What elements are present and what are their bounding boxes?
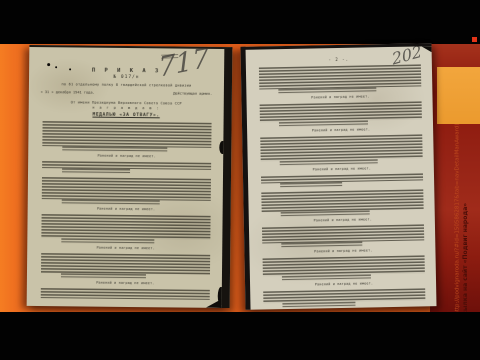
no-awards-note: Ранений и наград не имеет.: [41, 280, 211, 286]
letterbox-bottom-bar: [0, 312, 480, 360]
blurred-paragraph: Ранений и наград не имеет.: [262, 224, 424, 254]
no-awards-note: Ранений и наград не имеет.: [261, 165, 423, 172]
order-date: « 31 » декабря 1941 года.: [41, 90, 95, 95]
scanned-document-left: 717 П Р И К А З № 017/н по 61 отдельному…: [27, 45, 233, 308]
typewritten-text-tail: [282, 274, 371, 281]
letterbox-top-bar: [0, 0, 480, 44]
no-awards-note: Ранений и наград не имеет.: [260, 126, 422, 133]
citation-site-label: Ссылка на сайт «Подвиг народа»: [463, 203, 469, 319]
order-preamble-2: н а г р а ж д а ю :: [29, 105, 224, 111]
no-awards-note: Ранений и наград не имеет.: [41, 245, 211, 251]
typewritten-text-block: [259, 64, 421, 89]
typewritten-text-tail: [279, 120, 368, 127]
scan-edge-mark: [219, 141, 224, 154]
typewritten-text-block: [40, 288, 210, 300]
no-awards-note: Ранений и наград не имеет.: [263, 280, 425, 287]
typewritten-text-block: [261, 189, 423, 212]
presentation-slide-screenshot: 717 П Р И К А З № 017/н по 61 отдельному…: [0, 0, 480, 360]
typewritten-text-block: [263, 255, 425, 276]
document-body: Ранений и наград не имеет.Ранений и нагр…: [259, 64, 425, 309]
typewritten-text-block: [41, 177, 211, 201]
typewritten-text-tail: [282, 242, 363, 249]
slide-amber-accent-block: [437, 67, 480, 124]
scanned-page: 717 П Р И К А З № 017/н по 61 отдельному…: [27, 47, 225, 308]
typewritten-text-tail: [62, 146, 167, 152]
no-awards-note: Ранений и наград не имеет.: [262, 247, 424, 254]
blurred-paragraph: Ранений и наград не имеет.: [42, 121, 212, 159]
scan-speck: [47, 63, 50, 66]
no-awards-note: Ранений и наград не имеет.: [41, 206, 211, 212]
blurred-paragraph: Ранений и наград не имеет.: [260, 101, 422, 133]
typewritten-text-tail: [279, 87, 376, 94]
typewritten-text-block: [41, 214, 211, 240]
blurred-paragraph: Ранений и наград не имеет.: [261, 189, 423, 223]
no-awards-note: Ранений и наград не имеет.: [42, 153, 212, 159]
blurred-paragraph: Ранений и наград не имеет.: [263, 255, 425, 287]
blurred-paragraph: [40, 288, 210, 300]
order-army: Действующая армия.: [173, 91, 212, 95]
blurred-paragraph: Ранений и наград не имеет.: [259, 64, 421, 100]
blurred-paragraph: Ранений и наград не имеет.: [41, 214, 211, 251]
typewritten-text-tail: [280, 159, 377, 166]
order-unit-line: по 61 отдельному полку 8 гвардейской стр…: [29, 82, 224, 88]
red-square-indicator[interactable]: [472, 37, 477, 42]
scan-edge-mark: [422, 46, 432, 52]
typewritten-text-block: [41, 253, 211, 275]
typewritten-text-block: [262, 224, 424, 243]
scanned-document-right: - 2 -. 202 Ранений и наград не имеет.Ран…: [240, 43, 436, 310]
no-awards-note: Ранений и наград не имеет.: [262, 216, 424, 223]
award-heading: МЕДАЛЬЮ «ЗА ОТВАГУ».: [29, 112, 224, 119]
typewritten-text-tail: [61, 238, 154, 244]
blurred-paragraph: Ранений и наград не имеет.: [260, 134, 422, 172]
order-date-row: « 31 » декабря 1941 года. Действующая ар…: [41, 90, 213, 96]
blurred-paragraph: Ранений и наград не имеет.: [41, 177, 211, 212]
blurred-paragraph: [263, 288, 425, 308]
typewritten-text-block: [260, 134, 422, 161]
typewritten-text-block: [260, 101, 422, 122]
blurred-paragraph: [261, 173, 423, 188]
typewritten-text-tail: [61, 273, 146, 279]
typewritten-text-tail: [62, 199, 160, 205]
scanned-page: - 2 -. 202 Ранений и наград не имеет.Ран…: [246, 46, 437, 310]
blurred-paragraph: [42, 161, 212, 175]
typewritten-text-tail: [281, 182, 343, 188]
typewritten-text-tail: [281, 210, 370, 217]
order-number: № 017/н: [29, 74, 224, 81]
typewritten-text-tail: [62, 168, 130, 174]
blurred-paragraph: Ранений и наград не имеет.: [41, 253, 211, 286]
document-body: Ранений и наград не имеет.Ранений и нагр…: [40, 121, 212, 304]
no-awards-note: Ранений и наград не имеет.: [259, 93, 421, 100]
citation-url-link[interactable]: - http://podvignaroda.ru/?#id=1505862817…: [456, 124, 462, 319]
typewritten-text-block: [42, 121, 212, 148]
typewritten-text-tail: [283, 302, 356, 308]
